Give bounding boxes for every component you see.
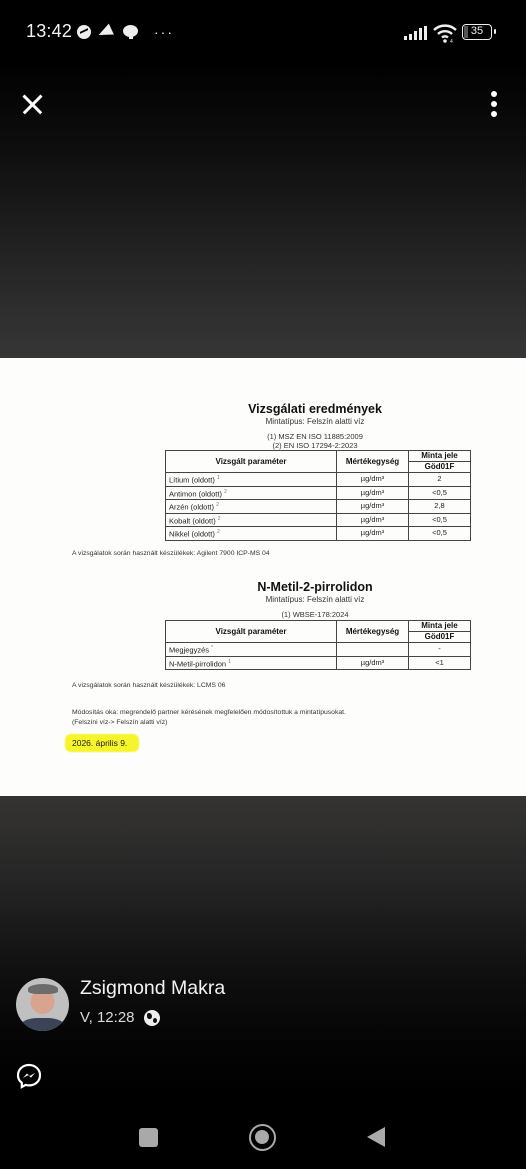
avatar[interactable] <box>16 978 69 1031</box>
cell-parameter: Lítium (oldott) 1 <box>166 473 337 487</box>
header-sample-id: Göd01F <box>409 632 471 643</box>
cell-value: <0,5 <box>409 527 471 541</box>
section1-title: Vizsgálati eredmények <box>52 402 526 416</box>
section2-method-1: (1) WBSE-178:2024 <box>52 610 526 619</box>
post-time[interactable]: V, 12:28 <box>80 1009 135 1026</box>
cell-value: - <box>409 643 471 657</box>
modification-detail: (Felszíni víz-> Felszín alatti víz) <box>72 719 167 726</box>
header-sample-mark: Minta jele <box>409 451 471 462</box>
cell-value: 2,8 <box>409 500 471 514</box>
table-row: Arzén (oldott) 2µg/dm³2,8 <box>166 500 471 514</box>
document-photo[interactable]: Vizsgálati eredmények Mintatípus: Felszí… <box>0 358 526 796</box>
cell-unit: µg/dm³ <box>337 513 409 527</box>
table-row: N-Metil-pirrolidon 1µg/dm³<1 <box>166 656 471 670</box>
cell-parameter: Kobalt (oldott) 2 <box>166 513 337 527</box>
status-bar: 13:42 ··· 4 35 <box>0 0 526 66</box>
section1-sample-type: Mintatípus: Felszín alatti víz <box>52 417 526 426</box>
globe-icon <box>144 1010 160 1026</box>
cell-value: 2 <box>409 473 471 487</box>
cell-value: <0,5 <box>409 486 471 500</box>
section1-method-1: (1) MSZ EN ISO 11885:2009 <box>52 432 526 441</box>
cell-parameter: Arzén (oldott) 2 <box>166 500 337 514</box>
close-icon[interactable] <box>16 88 48 120</box>
cell-unit: µg/dm³ <box>337 527 409 541</box>
wifi-icon: 4 <box>433 23 457 43</box>
header-sample-mark: Minta jele <box>409 621 471 632</box>
cell-parameter: Nikkel (oldott) 2 <box>166 527 337 541</box>
section2-sample-type: Mintatípus: Felszín alatti víz <box>52 595 526 604</box>
author-name[interactable]: Zsigmond Makra <box>80 977 225 1000</box>
cell-unit: µg/dm³ <box>337 473 409 487</box>
cell-parameter: Antimon (oldott) 2 <box>166 486 337 500</box>
cell-unit: µg/dm³ <box>337 656 409 670</box>
results-table-1: Vizsgált paraméter Mértékegység Minta je… <box>165 450 471 541</box>
table-row: Kobalt (oldott) 2µg/dm³<0,5 <box>166 513 471 527</box>
back-button[interactable] <box>367 1127 385 1147</box>
table-row: Lítium (oldott) 1µg/dm³2 <box>166 473 471 487</box>
table-row: Nikkel (oldott) 2µg/dm³<0,5 <box>166 527 471 541</box>
status-time: 13:42 <box>26 21 72 42</box>
battery-icon: 35 <box>462 24 492 40</box>
more-notifications-icon: ··· <box>154 24 174 40</box>
messenger-icon[interactable] <box>16 1063 42 1089</box>
results-table-2: Vizsgált paraméter Mértékegység Minta je… <box>165 620 471 670</box>
cell-parameter: N-Metil-pirrolidon 1 <box>166 656 337 670</box>
more-vertical-icon[interactable] <box>484 88 504 120</box>
cell-unit <box>337 643 409 657</box>
telegram-icon <box>96 24 114 41</box>
header-parameter: Vizsgált paraméter <box>166 451 337 473</box>
section1-equipment-note: A vizsgálatok során használt készülékek:… <box>72 550 270 557</box>
home-button[interactable] <box>249 1124 276 1151</box>
cell-value: <0,5 <box>409 513 471 527</box>
signal-icon <box>404 26 428 40</box>
modification-reason: Módosítás oka: megrendelő partner kérésé… <box>72 709 346 716</box>
svg-text:4: 4 <box>450 39 453 43</box>
messenger-icon <box>77 25 91 39</box>
cell-parameter: Megjegyzés * <box>166 643 337 657</box>
section2-title: N-Metil-2-pirrolidon <box>52 580 526 594</box>
section1-method-2: (2) EN ISO 17294-2:2023 <box>52 441 526 450</box>
header-unit: Mértékegység <box>337 451 409 473</box>
cell-unit: µg/dm³ <box>337 500 409 514</box>
viewer-background-bottom <box>0 796 526 1169</box>
cell-value: <1 <box>409 656 471 670</box>
header-parameter: Vizsgált paraméter <box>166 621 337 643</box>
section2-equipment-note: A vizsgálatok során használt készülékek:… <box>72 682 225 689</box>
cell-unit: µg/dm³ <box>337 486 409 500</box>
document-date: 2026. április 9. <box>72 738 127 748</box>
header-sample-id: Göd01F <box>409 462 471 473</box>
chat-bubble-icon <box>123 25 138 37</box>
table-row: Megjegyzés *- <box>166 643 471 657</box>
table-row: Antimon (oldott) 2µg/dm³<0,5 <box>166 486 471 500</box>
battery-level: 35 <box>471 25 483 37</box>
header-unit: Mértékegység <box>337 621 409 643</box>
recent-apps-button[interactable] <box>139 1128 158 1147</box>
